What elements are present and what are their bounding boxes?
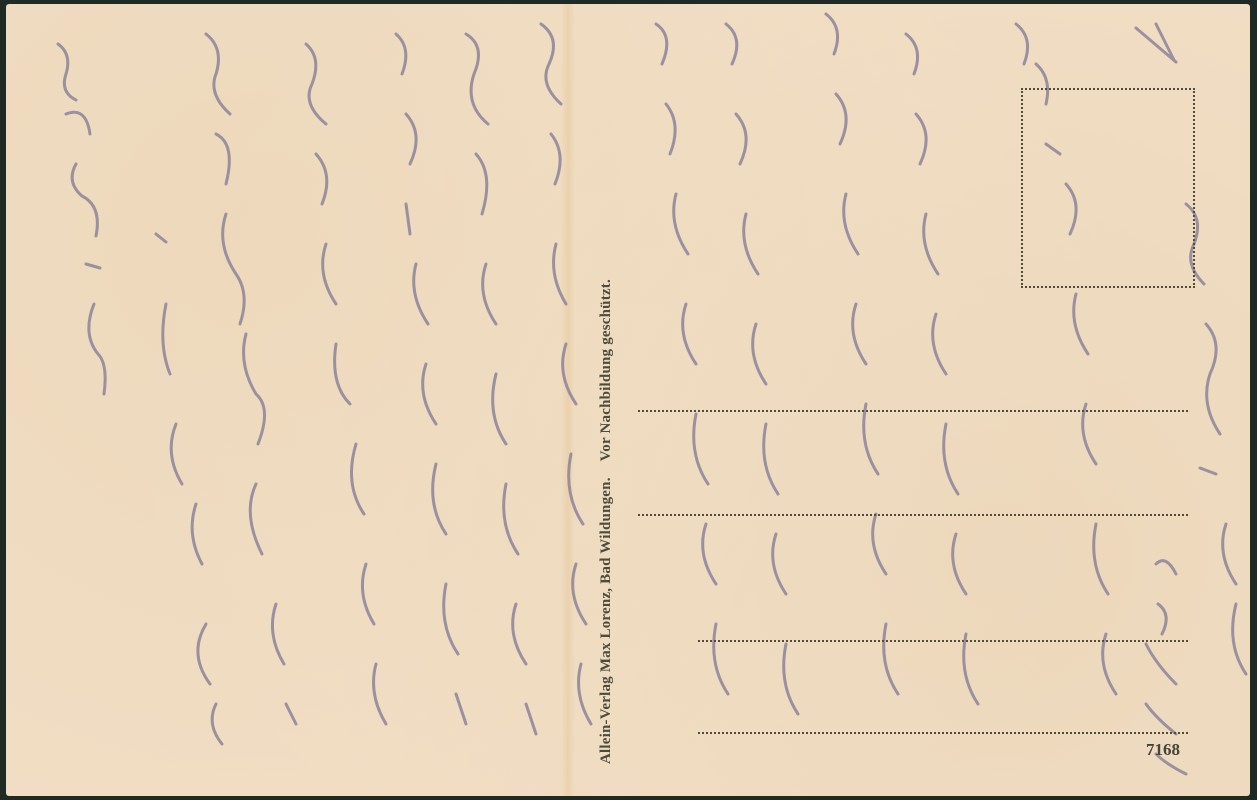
publisher-text: Allein-Verlag Max Lorenz, Bad Wildungen.: [598, 477, 614, 764]
address-line-2: [638, 514, 1188, 516]
address-line-3: [698, 640, 1188, 642]
address-line-1: [638, 410, 1188, 412]
publisher-imprint: Allein-Verlag Max Lorenz, Bad Wildungen.…: [598, 279, 615, 764]
stamp-placeholder-box: [1021, 88, 1195, 288]
postcard-back: Allein-Verlag Max Lorenz, Bad Wildungen.…: [6, 4, 1250, 796]
serial-number: 7168: [1146, 740, 1180, 760]
address-line-4: [698, 732, 1188, 734]
copyright-notice: Vor Nachbildung geschützt.: [598, 279, 614, 461]
